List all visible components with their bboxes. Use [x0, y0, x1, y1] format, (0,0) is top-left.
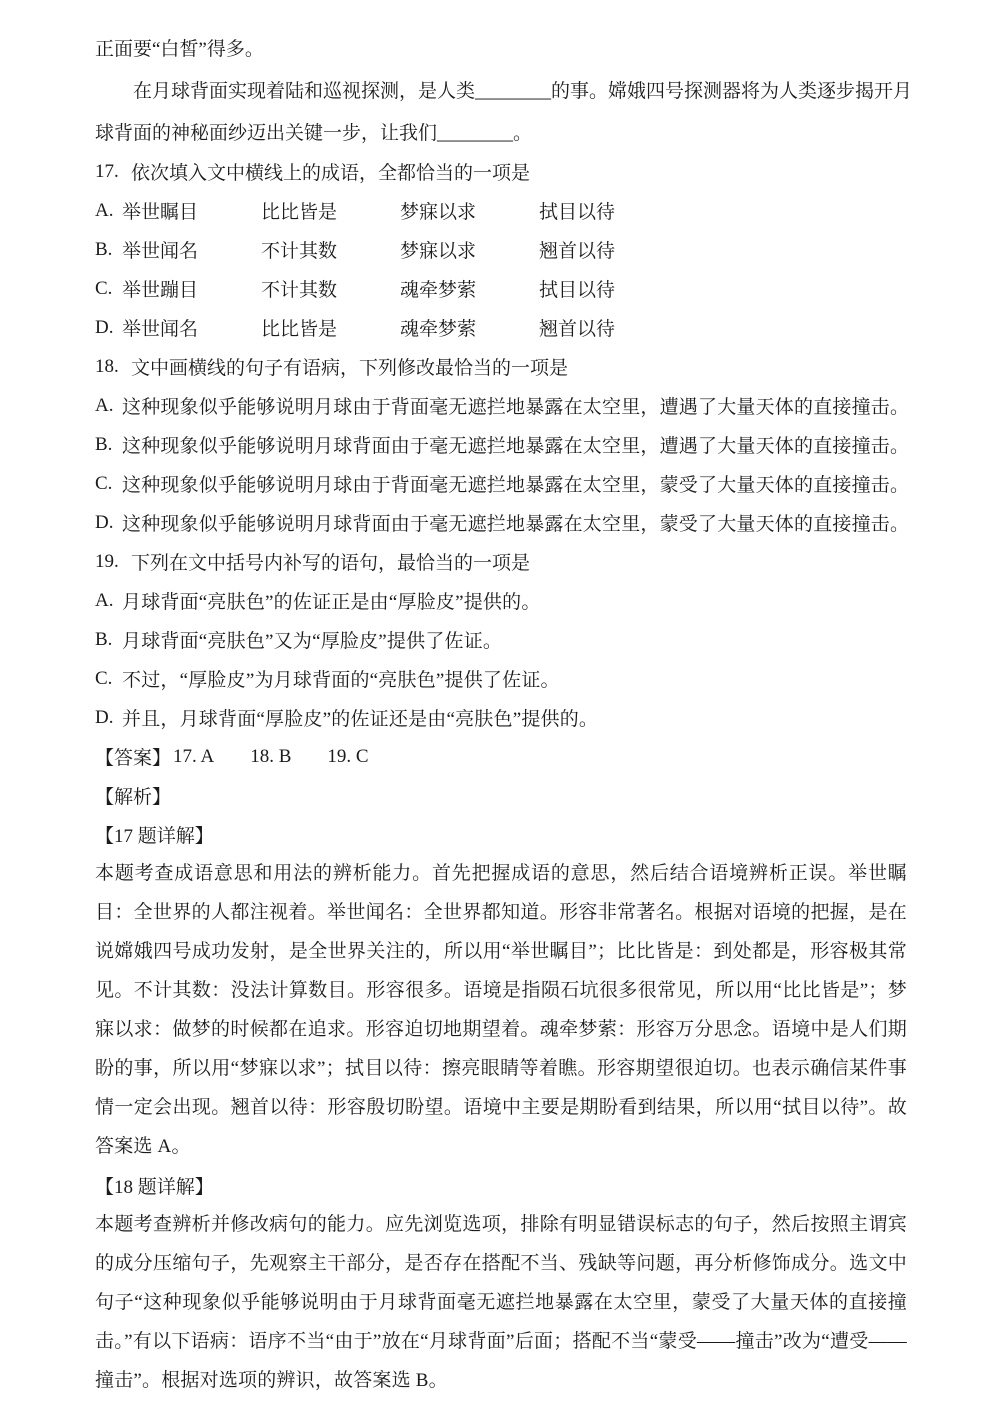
- question-number: 17.: [95, 161, 131, 183]
- option-text: 不过，“厚脸皮”为月球背面的“亮肤色”提供了佐证。: [122, 665, 560, 692]
- question-17-stem: 17. 依次填入文中横线上的成语，全都恰当的一项是: [95, 152, 907, 191]
- question-18-option-b: B. 这种现象似乎能够说明月球背面由于毫无遮拦地暴露在太空里，遭遇了大量天体的直…: [95, 425, 907, 464]
- explanation-18-heading: 【18 题详解】: [95, 1166, 907, 1205]
- option-text: 这种现象似乎能够说明月球背面由于毫无遮拦地暴露在太空里，遭遇了大量天体的直接撞击…: [122, 431, 909, 458]
- answer-item-18: 18. B: [250, 746, 291, 768]
- question-19-option-d: D. 并且，月球背面“厚脸皮”的佐证还是由“亮肤色”提供的。: [95, 698, 907, 737]
- idiom-cell: 翘首以待: [539, 314, 678, 341]
- passage-line: 球背面的神秘面纱迈出关键一步，让我们________。: [95, 110, 907, 152]
- analysis-heading: 【解析】: [95, 776, 907, 815]
- question-18-option-d: D. 这种现象似乎能够说明月球背面由于毫无遮拦地暴露在太空里，蒙受了大量天体的直…: [95, 503, 907, 542]
- option-label: A.: [95, 590, 122, 612]
- question-19-option-a: A. 月球背面“亮肤色”的佐证正是由“厚脸皮”提供的。: [95, 581, 907, 620]
- option-label: D.: [95, 317, 122, 339]
- question-number: 18.: [95, 356, 131, 378]
- option-label: C.: [95, 278, 122, 300]
- option-text: 这种现象似乎能够说明月球由于背面毫无遮拦地暴露在太空里，遭遇了大量天体的直接撞击…: [122, 392, 909, 419]
- passage-text: 正面要“白皙”得多。: [95, 34, 264, 61]
- idiom-cell: 举世瞩目: [122, 197, 261, 224]
- question-19-option-b: B. 月球背面“亮肤色”又为“厚脸皮”提供了佐证。: [95, 620, 907, 659]
- idiom-cell: 梦寐以求: [400, 197, 539, 224]
- answer-line: 【答案】 17. A 18. B 19. C: [95, 737, 907, 776]
- idiom-cell: 魂牵梦萦: [400, 275, 539, 302]
- answer-label: 【答案】: [95, 743, 171, 770]
- question-stem-text: 文中画横线的句子有语病，下列修改最恰当的一项是: [131, 353, 568, 380]
- idiom-cell: 举世闻名: [122, 314, 261, 341]
- option-text: 这种现象似乎能够说明月球由于背面毫无遮拦地暴露在太空里，蒙受了大量天体的直接撞击…: [122, 470, 909, 497]
- option-label: C.: [95, 473, 122, 495]
- question-17-option-a: A. 举世瞩目 比比皆是 梦寐以求 拭目以待: [95, 191, 907, 230]
- idiom-cell: 举世蹦目: [122, 275, 261, 302]
- passage-text-with-blank: 在月球背面实现着陆和巡视探测，是人类________的事。嫦娥四号探测器将为人类…: [133, 76, 912, 103]
- question-17-option-d: D. 举世闻名 比比皆是 魂牵梦萦 翘首以待: [95, 308, 907, 347]
- option-label: A.: [95, 200, 122, 222]
- answer-item-17: 17. A: [173, 746, 214, 768]
- passage-line: 正面要“白皙”得多。: [95, 26, 907, 68]
- explanation-heading-text: 【18 题详解】: [95, 1172, 214, 1199]
- idiom-cell: 翘首以待: [539, 236, 678, 263]
- idiom-cell: 不计其数: [261, 236, 400, 263]
- idiom-cell: 举世闻名: [122, 236, 261, 263]
- option-label: D.: [95, 707, 122, 729]
- answer-item-19: 19. C: [327, 746, 368, 768]
- question-17-option-c: C. 举世蹦目 不计其数 魂牵梦萦 拭目以待: [95, 269, 907, 308]
- question-number: 19.: [95, 551, 131, 573]
- question-18-option-c: C. 这种现象似乎能够说明月球由于背面毫无遮拦地暴露在太空里，蒙受了大量天体的直…: [95, 464, 907, 503]
- idiom-cell: 拭目以待: [539, 197, 678, 224]
- option-label: C.: [95, 668, 122, 690]
- idiom-cell: 魂牵梦萦: [400, 314, 539, 341]
- idiom-cell: 比比皆是: [261, 197, 400, 224]
- explanation-heading-text: 【17 题详解】: [95, 821, 214, 848]
- question-stem-text: 依次填入文中横线上的成语，全都恰当的一项是: [131, 158, 530, 185]
- idiom-cell: 拭目以待: [539, 275, 678, 302]
- option-label: A.: [95, 395, 122, 417]
- option-text: 这种现象似乎能够说明月球背面由于毫无遮拦地暴露在太空里，蒙受了大量天体的直接撞击…: [122, 509, 909, 536]
- idiom-cell: 梦寐以求: [400, 236, 539, 263]
- explanation-17-body: 本题考查成语意思和用法的辨析能力。首先把握成语的意思，然后结合语境辨析正误。举世…: [95, 854, 907, 1166]
- option-text: 并且，月球背面“厚脸皮”的佐证还是由“亮肤色”提供的。: [122, 704, 598, 731]
- question-19-option-c: C. 不过，“厚脸皮”为月球背面的“亮肤色”提供了佐证。: [95, 659, 907, 698]
- question-stem-text: 下列在文中括号内补写的语句，最恰当的一项是: [131, 548, 530, 575]
- passage-text-with-blank: 球背面的神秘面纱迈出关键一步，让我们________。: [95, 118, 532, 145]
- question-18-stem: 18. 文中画横线的句子有语病，下列修改最恰当的一项是: [95, 347, 907, 386]
- explanation-17-heading: 【17 题详解】: [95, 815, 907, 854]
- passage-line: 在月球背面实现着陆和巡视探测，是人类________的事。嫦娥四号探测器将为人类…: [95, 68, 907, 110]
- idiom-cell: 比比皆是: [261, 314, 400, 341]
- option-label: D.: [95, 512, 122, 534]
- option-text: 月球背面“亮肤色”的佐证正是由“厚脸皮”提供的。: [122, 587, 541, 614]
- option-text: 月球背面“亮肤色”又为“厚脸皮”提供了佐证。: [122, 626, 502, 653]
- idiom-cell: 不计其数: [261, 275, 400, 302]
- question-19-stem: 19. 下列在文中括号内补写的语句，最恰当的一项是: [95, 542, 907, 581]
- option-label: B.: [95, 239, 122, 261]
- analysis-label: 【解析】: [95, 782, 171, 809]
- exam-document-page: 正面要“白皙”得多。 在月球背面实现着陆和巡视探测，是人类________的事。…: [0, 0, 992, 1403]
- explanation-18-body: 本题考查辨析并修改病句的能力。应先浏览选项，排除有明显错误标志的句子，然后按照主…: [95, 1205, 907, 1400]
- question-18-option-a: A. 这种现象似乎能够说明月球由于背面毫无遮拦地暴露在太空里，遭遇了大量天体的直…: [95, 386, 907, 425]
- option-label: B.: [95, 434, 122, 456]
- question-17-option-b: B. 举世闻名 不计其数 梦寐以求 翘首以待: [95, 230, 907, 269]
- option-label: B.: [95, 629, 122, 651]
